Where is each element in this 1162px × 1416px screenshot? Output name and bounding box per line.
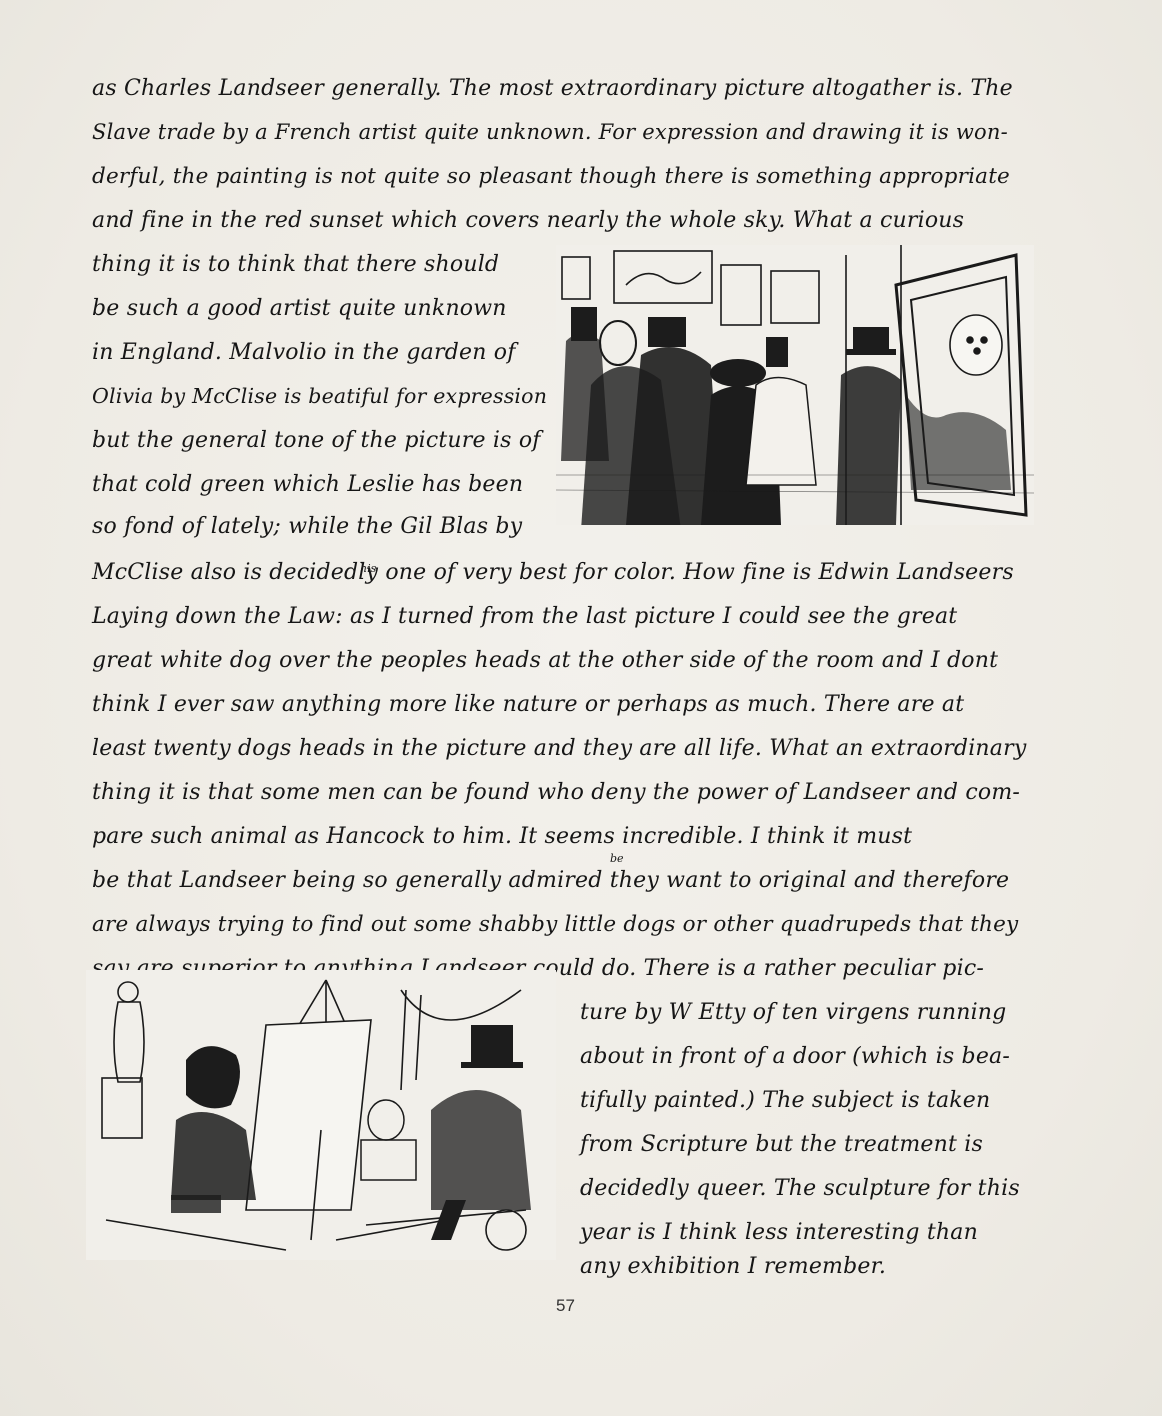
text-line: least twenty dogs heads in the picture a… (92, 738, 1026, 760)
text-line: and fine in the red sunset which covers … (92, 210, 964, 232)
text-line: decidedly queer. The sculpture for this (580, 1178, 1020, 1200)
text-line: are always trying to find out some shabb… (92, 914, 1018, 936)
gallery-sketch-icon (556, 245, 1034, 525)
text-line: be that Landseer being so generally admi… (92, 870, 1009, 892)
text-line: McClise also is decidedly one of very be… (92, 562, 1014, 584)
text-line: Slave trade by a French artist quite unk… (92, 122, 1008, 143)
text-line: about in front of a door (which is bea- (580, 1046, 1010, 1068)
text-line: ture by W Etty of ten virgens running (580, 1002, 1006, 1024)
text-line: so fond of lately; while the Gil Blas by (92, 516, 522, 538)
text-line: from Scripture but the treatment is (580, 1134, 983, 1156)
text-line: as Charles Landseer generally. The most … (92, 78, 1013, 100)
gallery-scene-illustration (556, 245, 1034, 525)
text-line: in England. Malvolio in the garden of (92, 342, 516, 364)
text-line: any exhibition I remember. (580, 1256, 886, 1278)
studio-sketch-icon (86, 970, 556, 1260)
text-line: Laying down the Law: as I turned from th… (92, 606, 957, 628)
text-line: but the general tone of the picture is o… (92, 430, 541, 452)
text-line: year is I think less interesting than (580, 1222, 978, 1244)
artist-studio-illustration (86, 970, 556, 1260)
text-line: great white dog over the peoples heads a… (92, 650, 998, 672)
manuscript-page: as Charles Landseer generally. The most … (0, 0, 1162, 1416)
text-line: derful, the painting is not quite so ple… (92, 166, 1010, 188)
text-line: thing it is to think that there should (92, 254, 499, 276)
text-line: that cold green which Leslie has been (92, 474, 523, 496)
text-line: think I ever saw anything more like natu… (92, 694, 964, 716)
text-line: pare such animal as Hancock to him. It s… (92, 826, 912, 848)
page-number: 57 (556, 1296, 575, 1316)
text-line: be such a good artist quite unknown (92, 298, 507, 320)
text-line: Olivia by McClise is beatiful for expres… (92, 386, 547, 407)
text-line: thing it is that some men can be found w… (92, 782, 1020, 804)
insertion-note: be (610, 852, 624, 865)
text-line: tifully painted.) The subject is taken (580, 1090, 990, 1112)
